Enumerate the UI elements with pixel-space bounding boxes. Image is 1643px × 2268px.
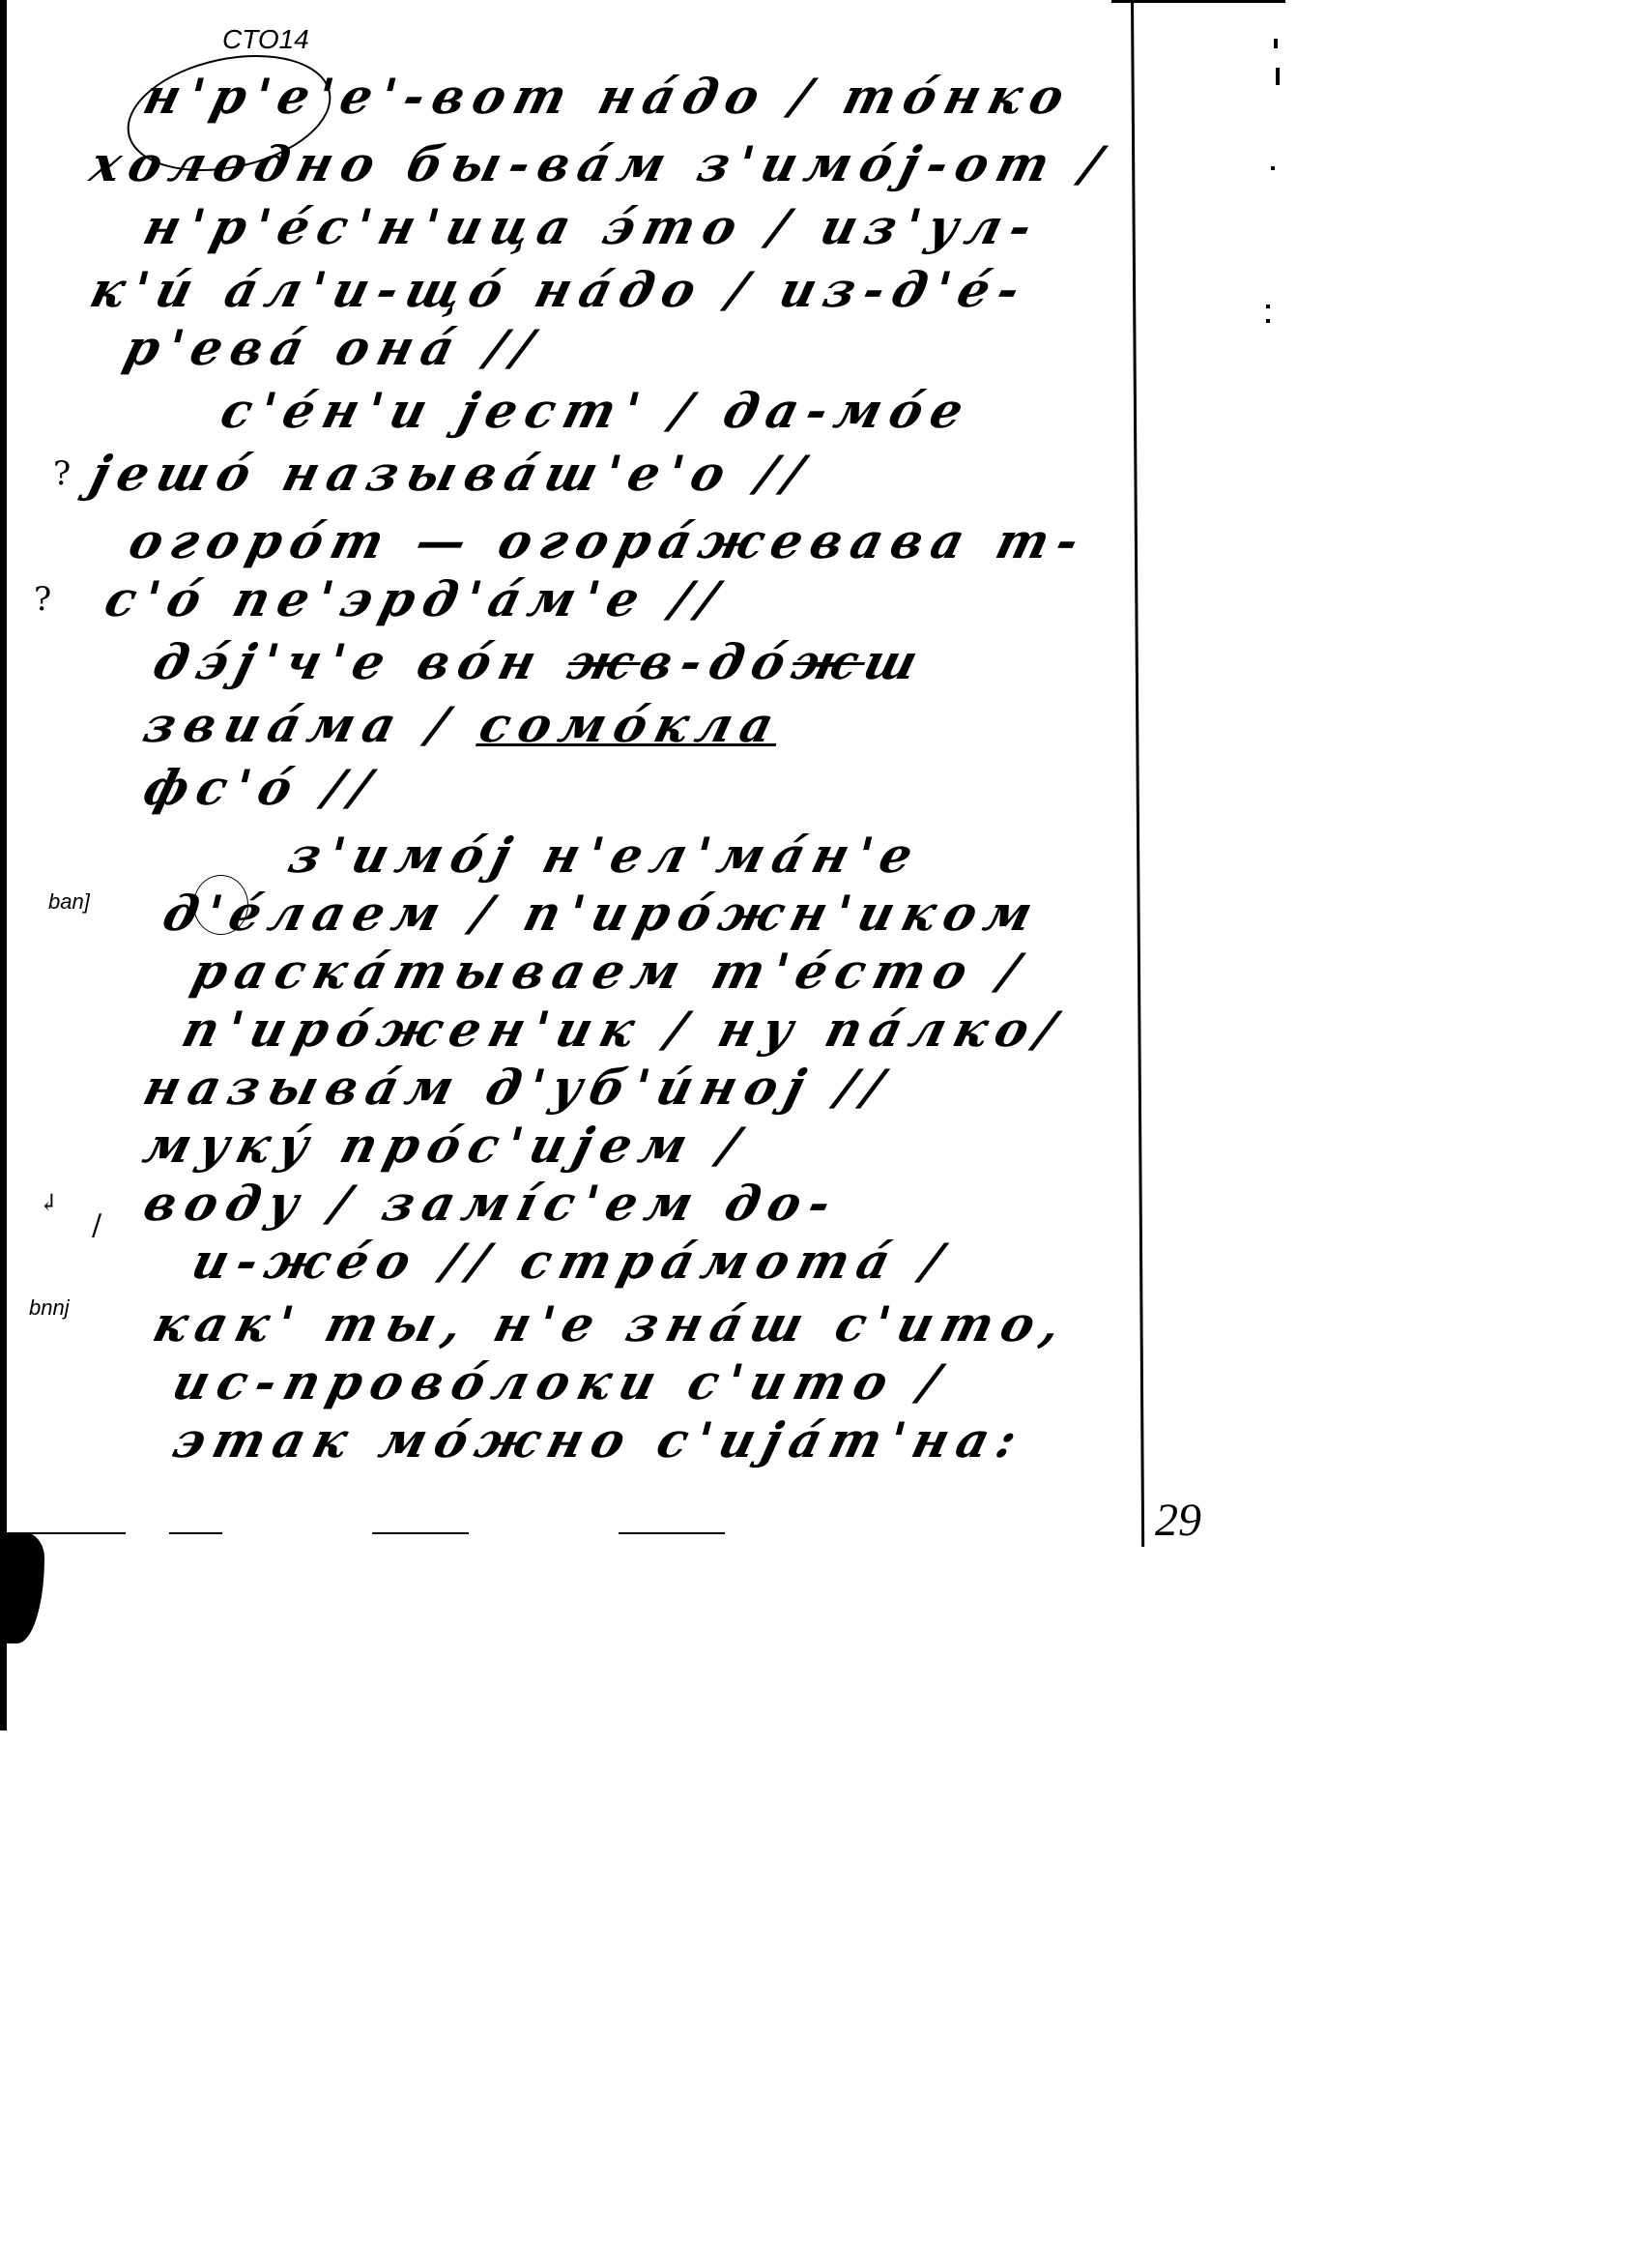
scan-speck	[1276, 68, 1280, 85]
line-part: в-до́	[634, 633, 800, 690]
bottom-rule-segment	[169, 1532, 222, 1534]
line-part: ш	[858, 633, 933, 690]
text-line: к'и́ а́л'и-що́ на́до / из-д'е́-	[86, 266, 1033, 314]
question-mark-note: ?	[34, 580, 51, 619]
text-line: фс'о́ //	[139, 764, 385, 812]
text-line: р'ева́ она́ //	[120, 324, 546, 372]
scan-speck	[1266, 305, 1270, 308]
bottom-rule-segment	[10, 1532, 126, 1534]
text-line: раска́тываем т'е́сто /	[187, 947, 1033, 996]
underlined-word: сомо́кла	[474, 696, 788, 753]
margin-note-bnnj: bnnj	[29, 1295, 70, 1321]
header-note: CTO14	[222, 24, 309, 55]
text-line: как' ты, н'е зна́ш с'ито,	[149, 1300, 1075, 1349]
text-line: этак мо́жно с'ија́т'на:	[168, 1416, 1030, 1465]
margin-note-ban: ban]	[48, 889, 90, 915]
text-line: муку́ про́с'ијем /	[139, 1121, 753, 1170]
arrow-mark: ↲	[39, 1189, 58, 1216]
slash-mark: /	[92, 1208, 101, 1242]
scan-speck	[1266, 319, 1270, 323]
scan-blot	[0, 1532, 44, 1643]
text-line: п'иро́жен'ик / ну па́лко/	[178, 1005, 1069, 1054]
bottom-rule-segment	[372, 1532, 469, 1534]
scan-border-left	[0, 0, 7, 1730]
bottom-rule-segment	[619, 1532, 725, 1534]
text-line: јешо́ называ́ш'е'о //	[86, 450, 818, 498]
manuscript-page: CTO14 н'р'е'е'-вот на́до / то́нко холодн…	[0, 0, 1643, 2268]
text-line: н'р'е́с'н'ица э́то / из'ул-	[139, 203, 1046, 251]
text-line: з'имо́ј н'ел'ма́н'е	[284, 831, 926, 880]
question-mark-note: ?	[53, 454, 71, 493]
text-line: с'о́ пе'эрд'а́м'е //	[101, 575, 732, 624]
line-part: дэ́ј'ч'е во́н	[148, 633, 576, 690]
text-line: с'е́н'и јест' / да-мо́е	[216, 387, 977, 435]
circled-letters-mark	[193, 875, 248, 935]
text-line: ис-прово́локи с'ито /	[168, 1358, 953, 1407]
scan-speck	[1274, 39, 1278, 48]
text-line: н'р'е'е'-вот на́до / то́нко	[139, 73, 1078, 121]
margin-rule	[1131, 0, 1144, 1547]
text-line: воду / замі́с'ем до-	[139, 1179, 845, 1228]
text-line: называ́м д'уб'и́ноj //	[139, 1063, 897, 1112]
text-line: д'е́лаем / п'иро́жн'иком	[159, 889, 1046, 938]
scan-speck	[1271, 166, 1275, 170]
text-line: звиа́ма / сомо́кла	[139, 701, 787, 749]
line-part: звиа́ма /	[138, 696, 488, 753]
top-rule	[1111, 0, 1285, 3]
text-line: и-же́о // стра́мота́ /	[187, 1237, 956, 1286]
text-line: холодно бы-ва́м з'имо́ј-от /	[86, 140, 1115, 189]
page-number: 29	[1155, 1494, 1201, 1547]
text-line: огоро́т — огора́жевава т-	[125, 517, 1092, 566]
text-line: дэ́ј'ч'е во́н жв-до́жш	[149, 638, 931, 686]
